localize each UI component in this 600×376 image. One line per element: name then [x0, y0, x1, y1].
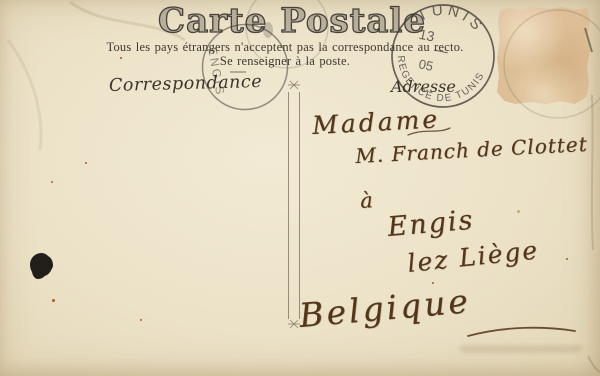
paper-speck	[432, 282, 434, 284]
paper-speck	[120, 57, 122, 59]
paper-speck	[517, 210, 520, 213]
paper-speck	[51, 181, 53, 183]
faint-imprint	[460, 345, 582, 353]
paper-speck	[52, 299, 55, 302]
paper-speck	[140, 319, 142, 321]
paper-speck	[85, 162, 87, 164]
paper-speck	[566, 258, 568, 260]
handwriting-flourishes	[0, 0, 600, 376]
ink-blot	[30, 253, 52, 277]
postcard: Carte Postale Tous les pays étrangers n'…	[0, 0, 600, 376]
